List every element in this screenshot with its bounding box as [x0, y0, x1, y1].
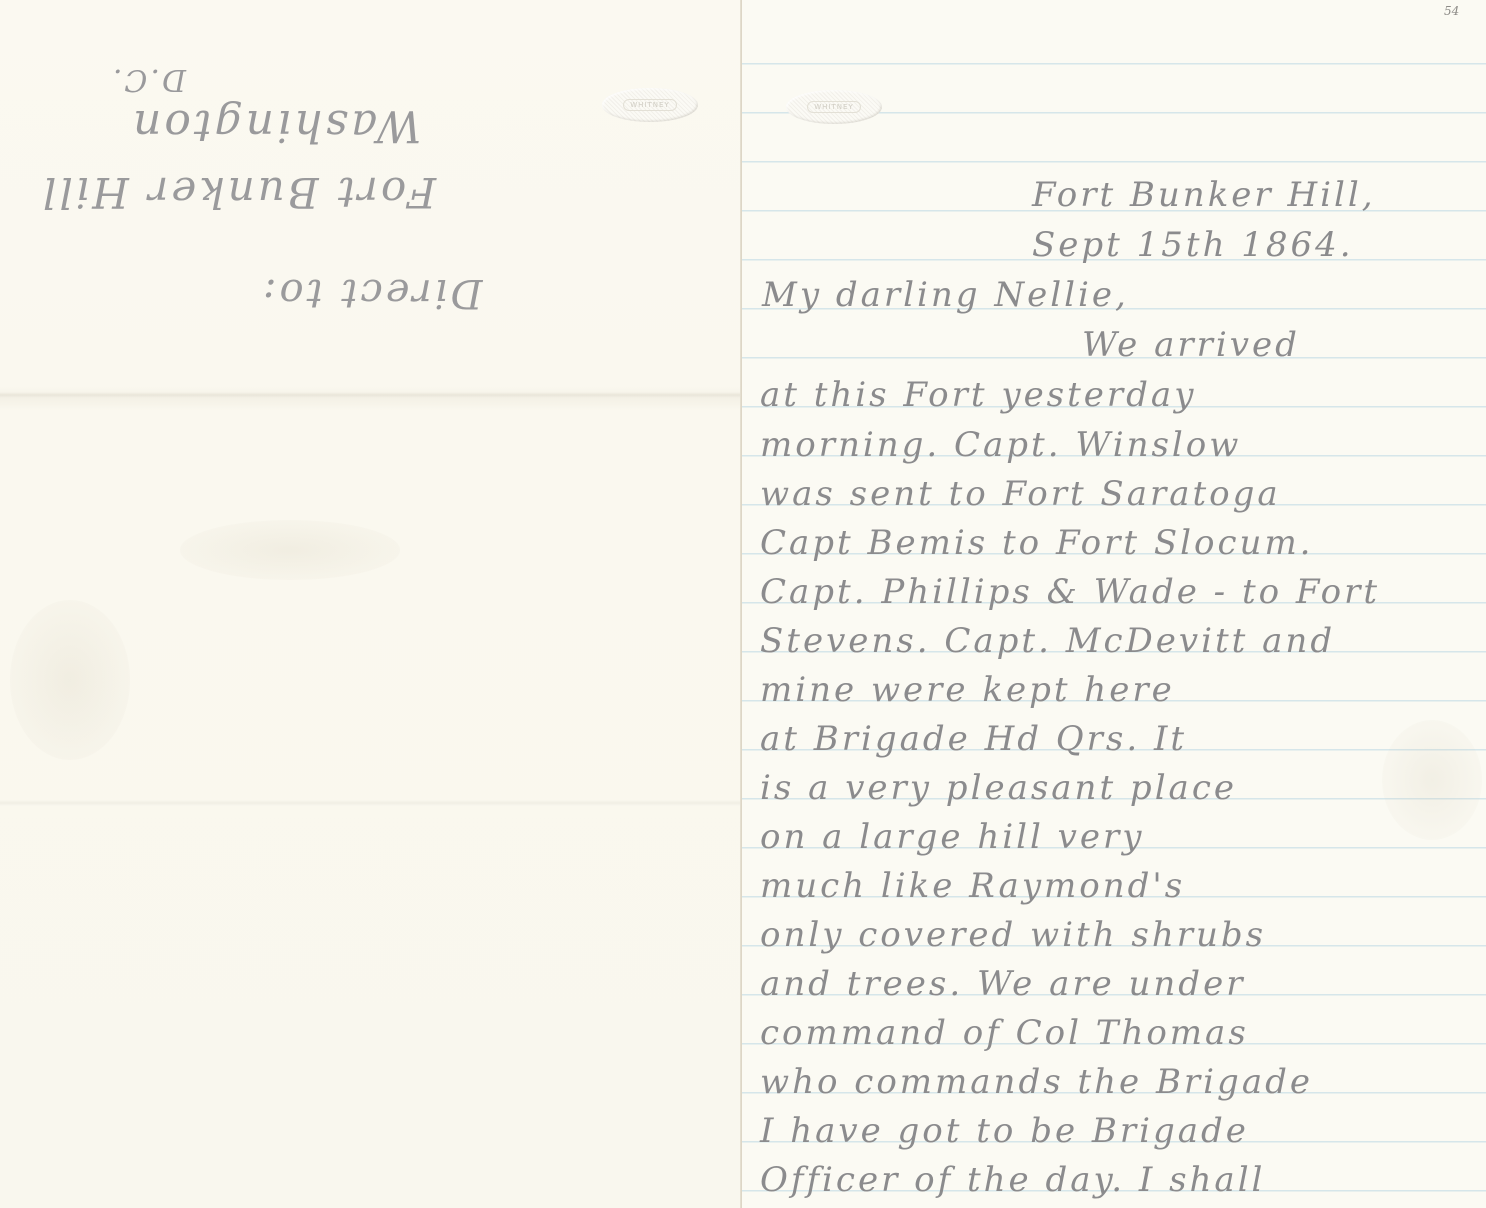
- left-page: WHITNEY Direct to: Fort Bunker Hill Wash…: [0, 0, 742, 1208]
- body-line: at Brigade Hd Qrs. It: [760, 719, 1187, 759]
- body-line: much like Raymond's: [760, 866, 1185, 906]
- body-line: Stevens. Capt. McDevitt and: [760, 621, 1335, 661]
- body-line: is a very pleasant place: [760, 768, 1237, 808]
- body-line: Capt. Phillips & Wade - to Fort: [760, 572, 1380, 612]
- address-line-fort: Fort Bunker Hill: [40, 168, 436, 217]
- letter-salutation: My darling Nellie,: [762, 275, 1129, 315]
- horizontal-fold: [0, 392, 742, 398]
- body-line: Officer of the day. I shall: [760, 1160, 1265, 1200]
- body-line: I have got to be Brigade: [760, 1111, 1249, 1151]
- body-line: Capt Bemis to Fort Slocum.: [760, 523, 1314, 563]
- body-line: We arrived: [1082, 325, 1300, 365]
- embossed-stamp-left: WHITNEY: [602, 88, 698, 122]
- embossed-stamp-text: WHITNEY: [807, 101, 860, 113]
- address-line-city: Washington: [130, 100, 422, 151]
- body-line: morning. Capt. Winslow: [760, 425, 1241, 465]
- address-line-district: D.C.: [110, 62, 186, 97]
- body-line: at this Fort yesterday: [760, 375, 1196, 415]
- right-page: WHITNEY Fort Bunker Hill, Sept 15th 1864…: [742, 0, 1486, 1208]
- body-line: command of Col Thomas: [760, 1013, 1249, 1053]
- embossed-stamp-right: WHITNEY: [786, 90, 882, 124]
- page-number: 54: [1444, 4, 1459, 18]
- paper-stain: [1382, 720, 1482, 840]
- body-line: and trees. We are under: [760, 964, 1245, 1004]
- paper-stain: [180, 520, 400, 580]
- body-line: who commands the Brigade: [760, 1062, 1313, 1102]
- embossed-stamp-text: WHITNEY: [623, 99, 676, 111]
- body-line: mine were kept here: [760, 670, 1175, 710]
- letter-scan: WHITNEY Direct to: Fort Bunker Hill Wash…: [0, 0, 1486, 1208]
- horizontal-fold-lower: [0, 800, 742, 806]
- body-line: was sent to Fort Saratoga: [760, 474, 1281, 514]
- letter-place: Fort Bunker Hill,: [1032, 175, 1376, 215]
- body-line: on a large hill very: [760, 817, 1144, 857]
- address-line-direct-to: Direct to:: [260, 270, 482, 316]
- body-line: only covered with shrubs: [760, 915, 1266, 955]
- paper-stain: [10, 600, 130, 760]
- letter-date: Sept 15th 1864.: [1032, 225, 1354, 265]
